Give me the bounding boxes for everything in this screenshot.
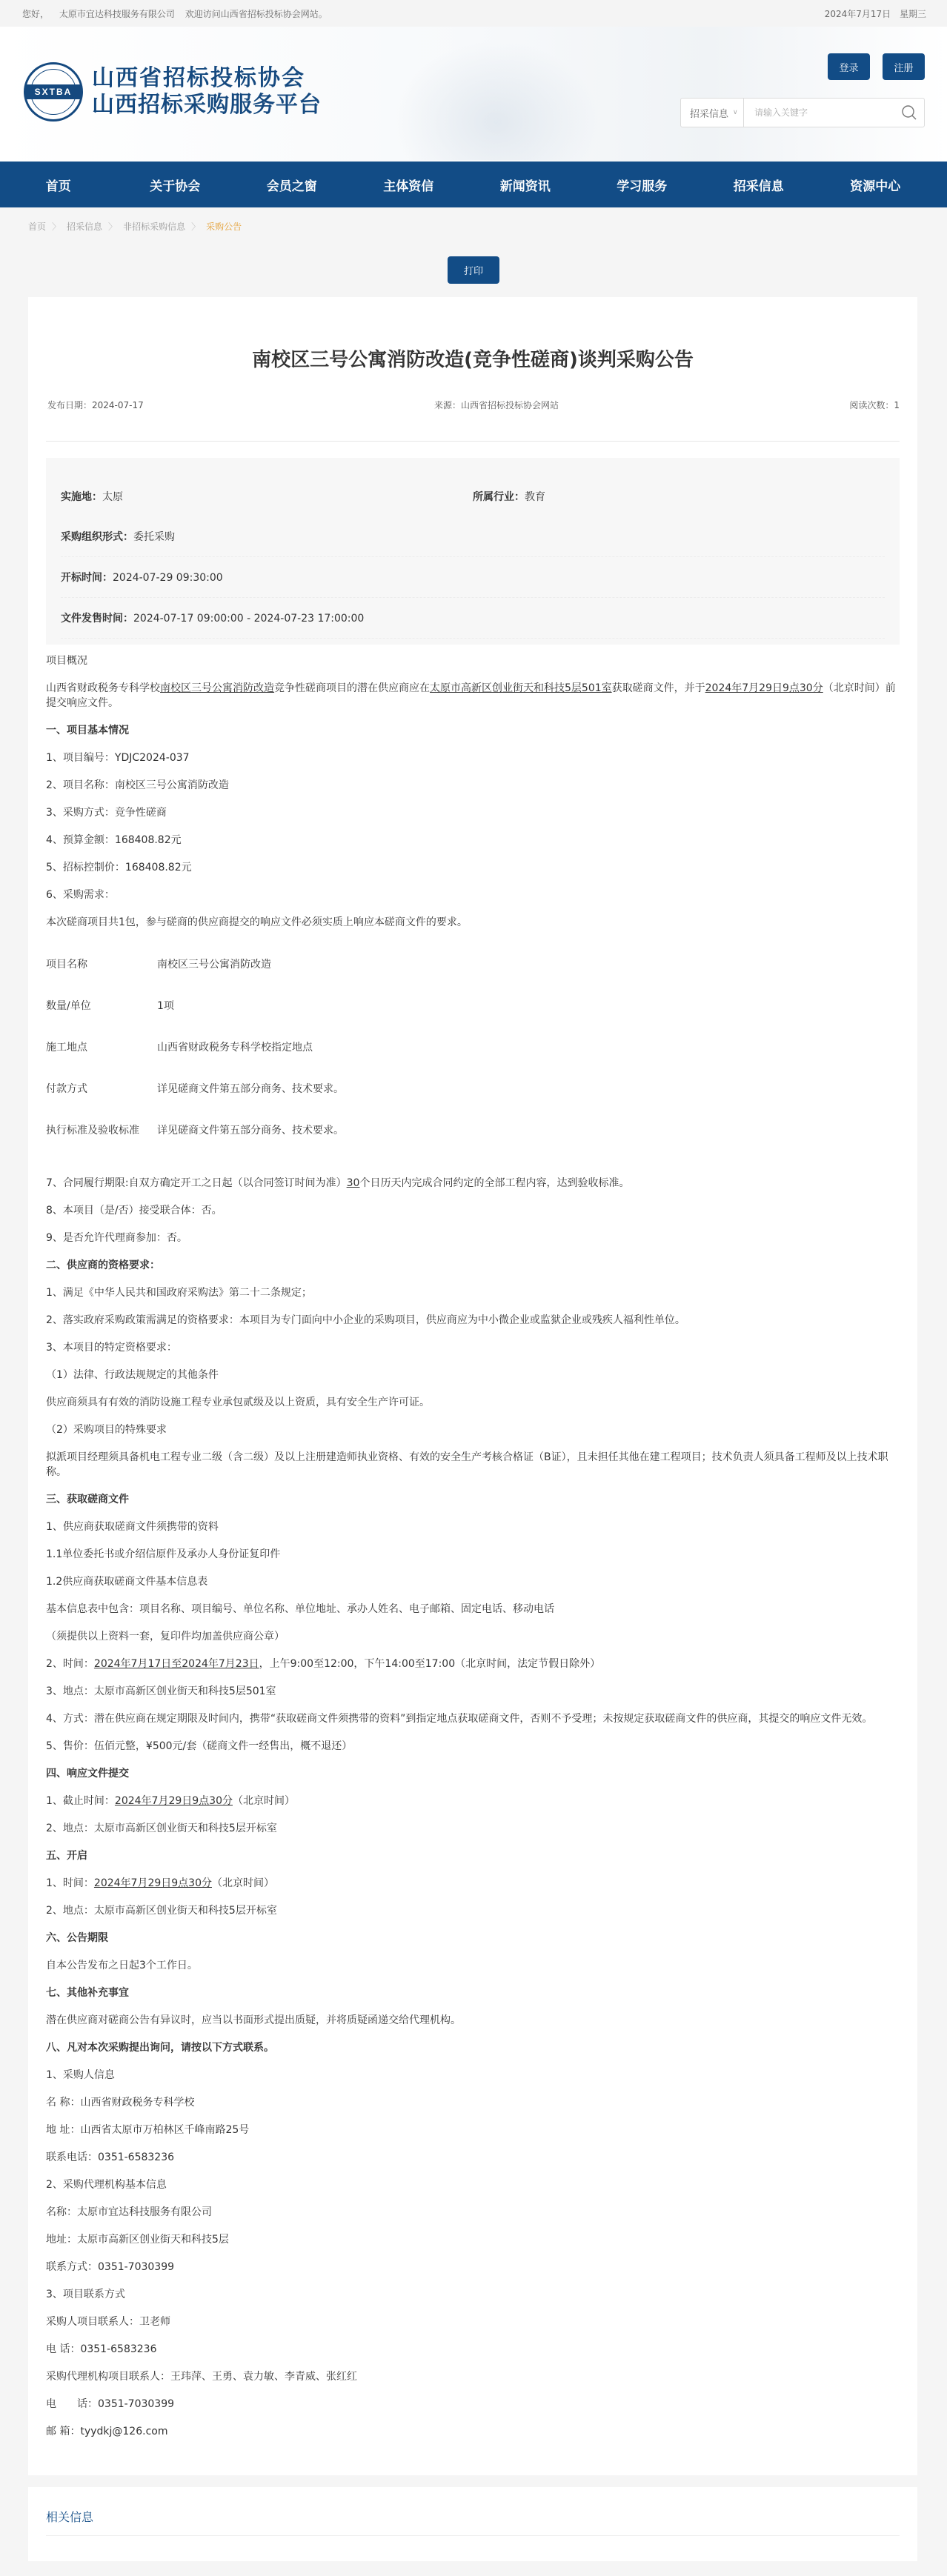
- contact-item: 地 址：山西省太原市万柏林区千峰南路25号: [46, 2123, 900, 2137]
- nav-item-resources[interactable]: 资源中心: [827, 176, 923, 194]
- section-item: 5、售价：伍佰元整，¥500元/套（磋商文件一经售出，概不退还）: [46, 1739, 900, 1754]
- table-key: 项目名称: [46, 956, 157, 971]
- divider: [46, 441, 900, 442]
- section-item: 2、落实政府采购政策需满足的资格要求：本项目为专门面向中小企业的采购项目，供应商…: [46, 1313, 900, 1328]
- welcome-message: 您好， 太原市宜达科技服务有限公司 欢迎访问山西省招标投标协会网站。: [22, 7, 335, 20]
- search-button[interactable]: [894, 104, 924, 121]
- brand-logo-link[interactable]: SXTBA 山西省招标投标协会 山西招标采购服务平台: [24, 62, 322, 122]
- section-item: 2、时间：2024年7月17日至2024年7月23日，上午9:00至12:00，…: [46, 1657, 900, 1671]
- table-value: 南校区三号公寓消防改造: [157, 956, 271, 971]
- pavilion-background: [385, 34, 608, 160]
- item-text: 1、截止时间：: [46, 1795, 115, 1807]
- contact-item: 电 话：0351-6583236: [46, 2342, 900, 2357]
- user-company: 太原市宜达科技服务有限公司: [59, 9, 175, 19]
- logo-band: SXTBA: [26, 84, 81, 99]
- section-heading: 一、项目基本情况: [46, 723, 900, 738]
- section-item: （2）采购项目的特殊要求: [46, 1422, 900, 1437]
- detail-row: 开标时间：2024-07-29 09:30:00: [61, 557, 885, 598]
- section-item: 自本公告发布之日起3个工作日。: [46, 1958, 900, 1973]
- association-logo-icon: SXTBA: [24, 62, 83, 122]
- section-item: 6、采购需求：: [46, 888, 900, 902]
- contact-item: 名 称：山西省财政税务专科学校: [46, 2095, 900, 2110]
- main-nav: 首页 关于协会 会员之窗 主体资信 新闻资讯 学习服务 招采信息 资源中心: [0, 162, 947, 207]
- table-row: 项目名称南校区三号公寓消防改造: [46, 956, 900, 998]
- chevron-right-icon: 〉: [191, 220, 200, 233]
- section-item: 9、是否允许代理商参加：否。: [46, 1231, 900, 1245]
- section-item: 拟派项目经理须具备机电工程专业二级（含二级）及以上注册建造师执业资格、有效的安全…: [46, 1450, 900, 1480]
- section-heading: 二、供应商的资格要求：: [46, 1258, 900, 1273]
- detail-row: 文件发售时间：2024-07-17 09:00:00 - 2024-07-23 …: [61, 598, 885, 639]
- contact-item: 2、采购代理机构基本信息: [46, 2177, 900, 2192]
- overview-deadline: 2024年7月29日9点30分: [705, 682, 823, 694]
- weekday-text: 星期三: [900, 9, 926, 19]
- section-item: 供应商须具有有效的消防设施工程专业承包贰级及以上资质，具有安全生产许可证。: [46, 1395, 900, 1410]
- register-button[interactable]: 注册: [883, 53, 925, 80]
- item-text: 1、时间：: [46, 1877, 94, 1889]
- print-area: 打印: [0, 244, 947, 297]
- date-text: 2024年7月17日: [825, 9, 891, 19]
- view-count: 阅读次数：1: [849, 399, 900, 411]
- breadcrumb-non-tender[interactable]: 非招标采购信息: [123, 220, 185, 233]
- section-item: 2、项目名称：南校区三号公寓消防改造: [46, 778, 900, 793]
- item-text: 7、合同履行期限:自双方确定开工之日起（以合同签订时间为准）: [46, 1177, 347, 1189]
- section-item: 4、方式：潜在供应商在规定期限及时间内，携带“获取磋商文件须携带的资料”到指定地…: [46, 1711, 900, 1726]
- detail-row: 采购组织形式：委托采购: [61, 516, 885, 557]
- chevron-down-icon: ∨: [733, 109, 738, 116]
- overview-address: 太原市高新区创业街天和科技5层501室: [430, 682, 612, 694]
- contact-item: 3、项目联系方式: [46, 2287, 900, 2302]
- contact-item: 地址：太原市高新区创业街天和科技5层: [46, 2232, 900, 2247]
- section-item: 潜在供应商对磋商公告有异议时，应当以书面形式提出质疑，并将质疑函递交给代理机构。: [46, 2013, 900, 2028]
- greeting-text: 您好，: [22, 9, 49, 19]
- item-text: （北京时间）: [212, 1877, 274, 1889]
- contact-item: 名称：太原市宜达科技服务有限公司: [46, 2205, 900, 2220]
- section-item: 基本信息表中包含：项目名称、项目编号、单位名称、单位地址、承办人姓名、电子邮箱、…: [46, 1602, 900, 1617]
- item-days: 30: [347, 1177, 360, 1189]
- nav-item-learning[interactable]: 学习服务: [594, 176, 690, 194]
- auth-buttons: 登录 注册: [828, 53, 925, 80]
- item-text: （北京时间）: [233, 1795, 295, 1807]
- contact-item: 1、采购人信息: [46, 2068, 900, 2083]
- table-value: 山西省财政税务专科学校指定地点: [157, 1039, 313, 1054]
- section-item: 1.2供应商获取磋商文件基本信息表: [46, 1574, 900, 1589]
- org-form-value: 委托采购: [133, 531, 175, 543]
- section-item: 1、满足《中华人民共和国政府采购法》第二十二条规定；: [46, 1285, 900, 1300]
- table-row: 施工地点山西省财政税务专科学校指定地点: [46, 1039, 900, 1081]
- section-item: （1）法律、行政法规规定的其他条件: [46, 1368, 900, 1382]
- related-info-panel: 相关信息: [28, 2487, 917, 2561]
- section-item: 2、地点：太原市高新区创业街天和科技5层开标室: [46, 1903, 900, 1918]
- contact-item: 联系方式：0351-7030399: [46, 2260, 900, 2274]
- section-item: 1、项目编号：YDJC2024-037: [46, 750, 900, 765]
- table-value: 详见磋商文件第五部分商务、技术要求。: [157, 1122, 344, 1137]
- table-key: 数量/单位: [46, 998, 157, 1013]
- chevron-right-icon: 〉: [52, 220, 61, 233]
- article-title: 南校区三号公寓消防改造(竞争性磋商)谈判采购公告: [46, 345, 900, 372]
- table-key: 执行标准及验收标准: [46, 1122, 157, 1137]
- brand-title-line2: 山西招标采购服务平台: [92, 92, 322, 119]
- requirements-table: 项目名称南校区三号公寓消防改造 数量/单位1项 施工地点山西省财政税务专科学校指…: [46, 956, 900, 1164]
- related-info-heading: 相关信息: [46, 2508, 900, 2536]
- breadcrumb-current: 采购公告: [206, 220, 242, 233]
- contact-item: 联系电话：0351-6583236: [46, 2150, 900, 2165]
- open-time-value: 2024-07-29 09:30:00: [113, 572, 223, 584]
- nav-item-members[interactable]: 会员之窗: [244, 176, 340, 194]
- section-item: 5、招标控制价：168408.82元: [46, 860, 900, 875]
- overview-heading: 项目概况: [46, 653, 900, 668]
- search-category-select[interactable]: 招采信息 ∨: [681, 99, 744, 127]
- article-meta: 发布日期：2024-07-17 来源：山西省招标投标协会网站 阅读次数：1: [46, 399, 900, 411]
- print-button[interactable]: 打印: [448, 256, 499, 284]
- section-heading: 六、公告期限: [46, 1931, 900, 1946]
- table-row: 付款方式详见磋商文件第五部分商务、技术要求。: [46, 1081, 900, 1122]
- industry-label: 所属行业：: [473, 491, 525, 503]
- current-date: 2024年7月17日 星期三: [819, 7, 926, 20]
- industry-value: 教育: [525, 491, 545, 503]
- search-category-value: 招采信息: [690, 106, 728, 120]
- section-heading: 五、开启: [46, 1848, 900, 1863]
- item-text: 个日历天内完成合同约定的全部工程内容，达到验收标准。: [359, 1177, 629, 1189]
- contact-item: 邮 箱：tyydkj@126.com: [46, 2424, 900, 2439]
- sale-time-label: 文件发售时间：: [61, 613, 133, 625]
- project-details-box: 实施地：太原 所属行业：教育 采购组织形式：委托采购 开标时间：2024-07-…: [46, 458, 900, 645]
- contact-item: 电 话：0351-7030399: [46, 2397, 900, 2412]
- section-item: 3、本项目的特定资格要求：: [46, 1340, 900, 1355]
- search-input[interactable]: [744, 107, 894, 118]
- article-source: 来源：山西省招标投标协会网站: [434, 399, 559, 411]
- breadcrumb: 首页 〉 招采信息 〉 非招标采购信息 〉 采购公告: [0, 207, 947, 244]
- contact-item: 采购人项目联系人：卫老师: [46, 2314, 900, 2329]
- nav-item-news[interactable]: 新闻资讯: [477, 176, 574, 194]
- overview-text: 山西省财政税务专科学校: [46, 682, 160, 694]
- overview-paragraph: 山西省财政税务专科学校南校区三号公寓消防改造竞争性磋商项目的潜在供应商应在太原市…: [46, 681, 900, 710]
- section-item: 3、地点：太原市高新区创业街天和科技5层501室: [46, 1684, 900, 1699]
- article-body: 项目概况 山西省财政税务专科学校南校区三号公寓消防改造竞争性磋商项目的潜在供应商…: [46, 645, 900, 2439]
- site-header: SXTBA 山西省招标投标协会 山西招标采购服务平台 登录 注册 招采信息 ∨: [0, 27, 947, 162]
- section-item: 2、地点：太原市高新区创业街天和科技5层开标室: [46, 1821, 900, 1836]
- table-row: 执行标准及验收标准详见磋商文件第五部分商务、技术要求。: [46, 1122, 900, 1164]
- login-button[interactable]: 登录: [828, 53, 870, 80]
- detail-row: 实施地：太原 所属行业：教育: [61, 476, 885, 516]
- section-item: 7、合同履行期限:自双方确定开工之日起（以合同签订时间为准）30个日历天内完成合…: [46, 1176, 900, 1191]
- table-key: 施工地点: [46, 1039, 157, 1054]
- location-label: 实施地：: [61, 491, 102, 503]
- open-time-label: 开标时间：: [61, 572, 113, 584]
- contact-item: 采购代理机构项目联系人：王玮萍、王勇、袁力敏、李青威、张红红: [46, 2369, 900, 2384]
- breadcrumb-home[interactable]: 首页: [28, 220, 46, 233]
- table-row: 数量/单位1项: [46, 998, 900, 1039]
- item-text: 2、时间：: [46, 1658, 94, 1670]
- table-value: 1项: [157, 998, 174, 1013]
- article-card: 南校区三号公寓消防改造(竞争性磋商)谈判采购公告 发布日期：2024-07-17…: [28, 297, 917, 2475]
- chevron-right-icon: 〉: [108, 220, 117, 233]
- search-bar: 招采信息 ∨: [680, 98, 925, 127]
- section-item: 8、本项目（是/否）接受联合体：否。: [46, 1203, 900, 1218]
- section-heading: 四、响应文件提交: [46, 1766, 900, 1781]
- section-heading: 八、凡对本次采购提出询问，请按以下方式联系。: [46, 2040, 900, 2055]
- table-value: 详见磋商文件第五部分商务、技术要求。: [157, 1081, 344, 1096]
- section-item: 4、预算金额：168408.82元: [46, 833, 900, 848]
- nav-item-procurement[interactable]: 招采信息: [711, 176, 807, 194]
- item-date-range: 2024年7月17日至2024年7月23日: [94, 1658, 259, 1670]
- section-heading: 七、其他补充事宜: [46, 1986, 900, 2000]
- nav-item-credit[interactable]: 主体资信: [360, 176, 456, 194]
- search-icon: [901, 104, 917, 121]
- org-form-label: 采购组织形式：: [61, 531, 133, 543]
- item-text: ，上午9:00至12:00，下午14:00至17:00（北京时间，法定节假日除外…: [259, 1658, 600, 1670]
- breadcrumb-procurement[interactable]: 招采信息: [67, 220, 102, 233]
- header-actions: 登录 注册 招采信息 ∨: [680, 53, 925, 127]
- table-key: 付款方式: [46, 1081, 157, 1096]
- section-item: 1、时间：2024年7月29日9点30分（北京时间）: [46, 1876, 900, 1891]
- section-item: 1、供应商获取磋商文件须携带的资料: [46, 1520, 900, 1534]
- section-item: 1、截止时间：2024年7月29日9点30分（北京时间）: [46, 1794, 900, 1808]
- brand-title-line1: 山西省招标投标协会: [92, 65, 322, 92]
- nav-item-about[interactable]: 关于协会: [127, 176, 223, 194]
- section-item: 本次磋商项目共1包，参与磋商的供应商提交的响应文件必须实质上响应本磋商文件的要求…: [46, 915, 900, 930]
- welcome-text: 欢迎访问山西省招标投标协会网站。: [185, 9, 328, 19]
- brand-title: 山西省招标投标协会 山西招标采购服务平台: [92, 65, 322, 119]
- item-open-time: 2024年7月29日9点30分: [94, 1877, 212, 1889]
- nav-item-home[interactable]: 首页: [10, 176, 107, 194]
- publish-date: 发布日期：2024-07-17: [47, 399, 144, 411]
- overview-text: 竞争性磋商项目的潜在供应商应在: [274, 682, 430, 694]
- section-item: （须提供以上资料一套，复印件均加盖供应商公章）: [46, 1629, 900, 1644]
- section-item: 1.1单位委托书或介绍信原件及承办人身份证复印件: [46, 1547, 900, 1562]
- location-value: 太原: [102, 491, 123, 503]
- item-deadline: 2024年7月29日9点30分: [115, 1795, 233, 1807]
- overview-project-name: 南校区三号公寓消防改造: [160, 682, 274, 694]
- top-bar: 您好， 太原市宜达科技服务有限公司 欢迎访问山西省招标投标协会网站。 2024年…: [0, 0, 947, 27]
- section-item: 3、采购方式：竞争性磋商: [46, 805, 900, 820]
- section-heading: 三、获取磋商文件: [46, 1492, 900, 1507]
- sale-time-value: 2024-07-17 09:00:00 - 2024-07-23 17:00:0…: [133, 613, 364, 625]
- overview-text: 获取磋商文件，并于: [612, 682, 705, 694]
